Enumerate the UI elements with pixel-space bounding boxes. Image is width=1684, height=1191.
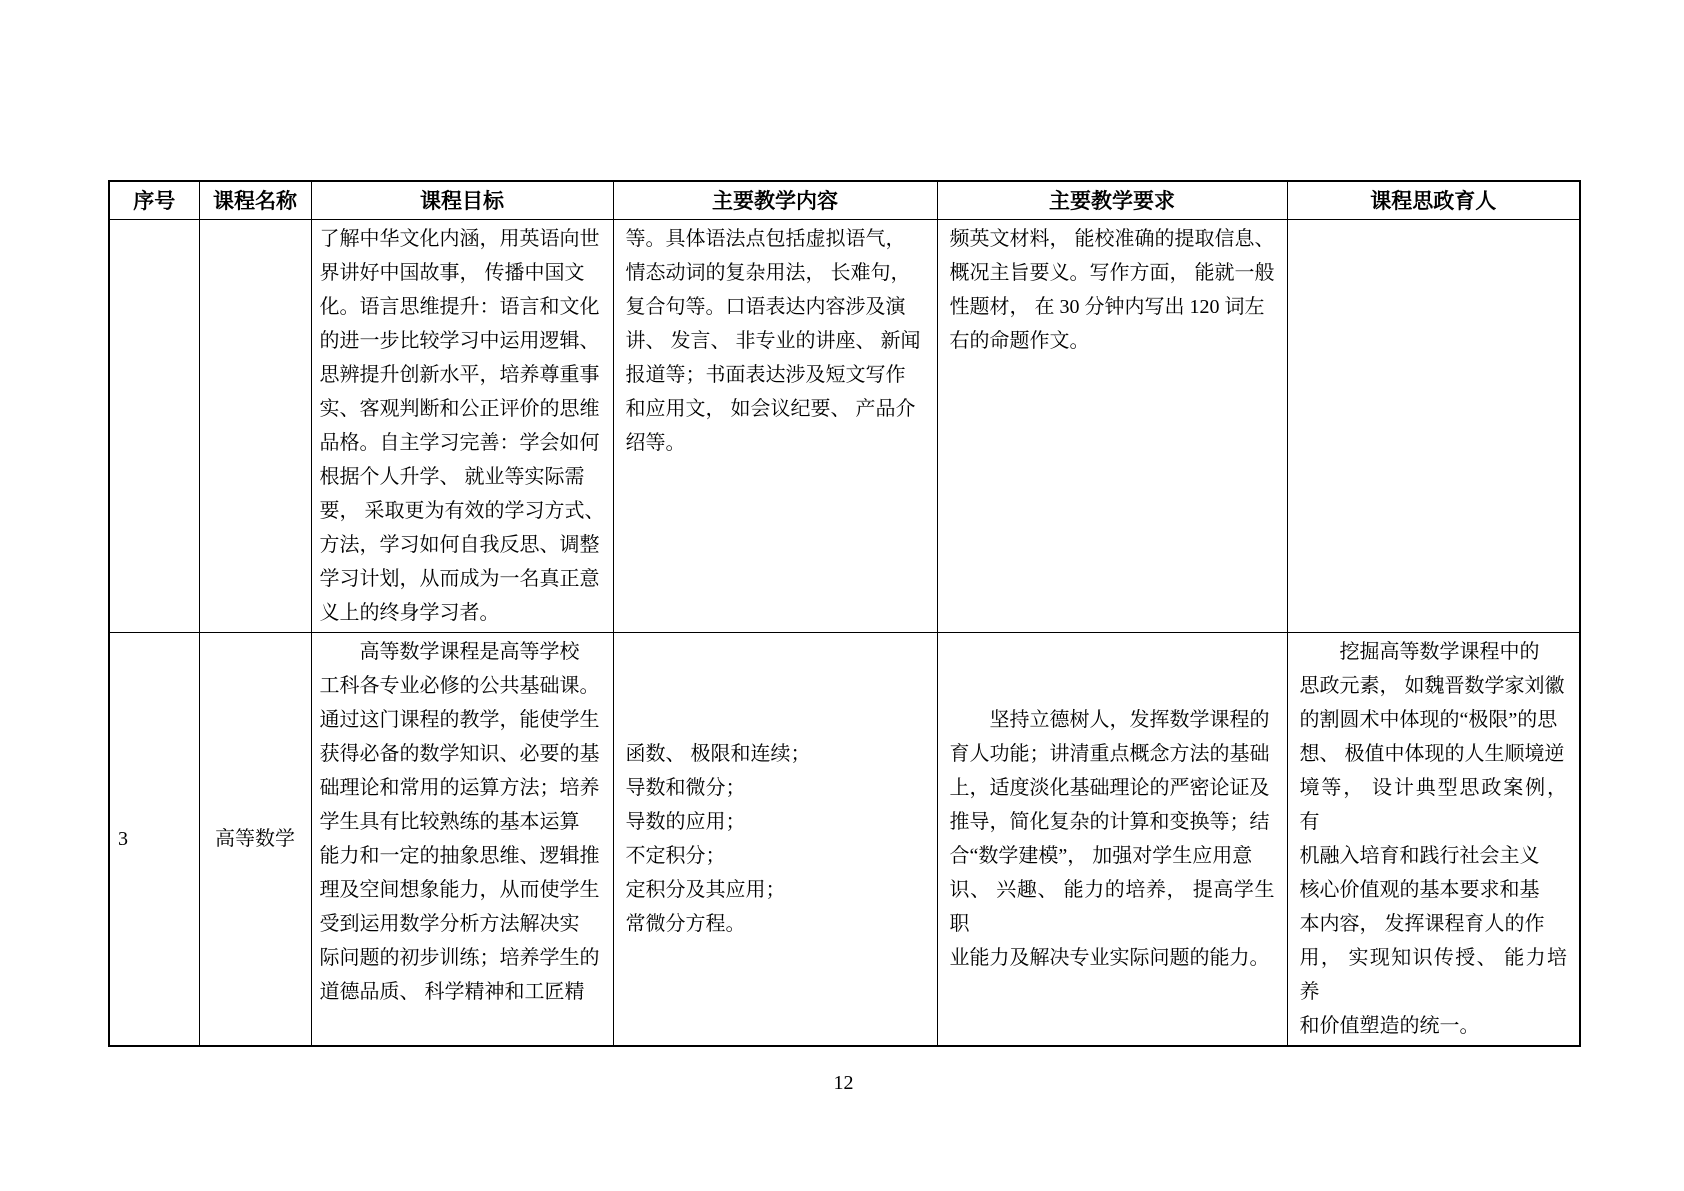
table-row: 3 高等数学 高等数学课程是高等学校 工科各专业必修的公共基础课。 通过这门课程… — [109, 633, 1580, 1047]
curriculum-table-container: 序号 课程名称 课程目标 主要教学内容 主要教学要求 课程思政育人 了解中华文化… — [108, 180, 1581, 1047]
cell-seq — [109, 220, 199, 633]
cell-teaching-requirements: 频英文材料， 能校准确的提取信息、 概况主旨要义。写作方面， 能就一般 性题材，… — [937, 220, 1287, 633]
cell-teaching-content: 等。具体语法点包括虚拟语气， 情态动词的复杂用法， 长难句， 复合句等。口语表达… — [613, 220, 937, 633]
header-row: 序号 课程名称 课程目标 主要教学内容 主要教学要求 课程思政育人 — [109, 181, 1580, 220]
header-course-goals: 课程目标 — [311, 181, 613, 220]
cell-course-name: 高等数学 — [199, 633, 311, 1047]
page-number: 12 — [108, 1066, 1579, 1100]
header-teaching-requirements: 主要教学要求 — [937, 181, 1287, 220]
cell-teaching-content: 函数、 极限和连续； 导数和微分； 导数的应用； 不定积分； 定积分及其应用； … — [613, 633, 937, 1047]
cell-course-goals: 高等数学课程是高等学校 工科各专业必修的公共基础课。 通过这门课程的教学，能使学… — [311, 633, 613, 1047]
cell-course-goals: 了解中华文化内涵，用英语向世 界讲好中国故事， 传播中国文 化。语言思维提升：语… — [311, 220, 613, 633]
header-ideology-education: 课程思政育人 — [1287, 181, 1580, 220]
header-teaching-content: 主要教学内容 — [613, 181, 937, 220]
cell-seq: 3 — [109, 633, 199, 1047]
header-seq: 序号 — [109, 181, 199, 220]
table-row: 了解中华文化内涵，用英语向世 界讲好中国故事， 传播中国文 化。语言思维提升：语… — [109, 220, 1580, 633]
cell-teaching-requirements: 坚持立德树人，发挥数学课程的 育人功能；讲清重点概念方法的基础 上，适度淡化基础… — [937, 633, 1287, 1047]
header-course-name: 课程名称 — [199, 181, 311, 220]
document-page: 序号 课程名称 课程目标 主要教学内容 主要教学要求 课程思政育人 了解中华文化… — [0, 0, 1684, 1191]
cell-course-name — [199, 220, 311, 633]
curriculum-table: 序号 课程名称 课程目标 主要教学内容 主要教学要求 课程思政育人 了解中华文化… — [108, 180, 1581, 1047]
cell-ideology-education — [1287, 220, 1580, 633]
cell-ideology-education: 挖掘高等数学课程中的 思政元素， 如魏晋数学家刘徽 的割圆术中体现的“极限”的思… — [1287, 633, 1580, 1047]
